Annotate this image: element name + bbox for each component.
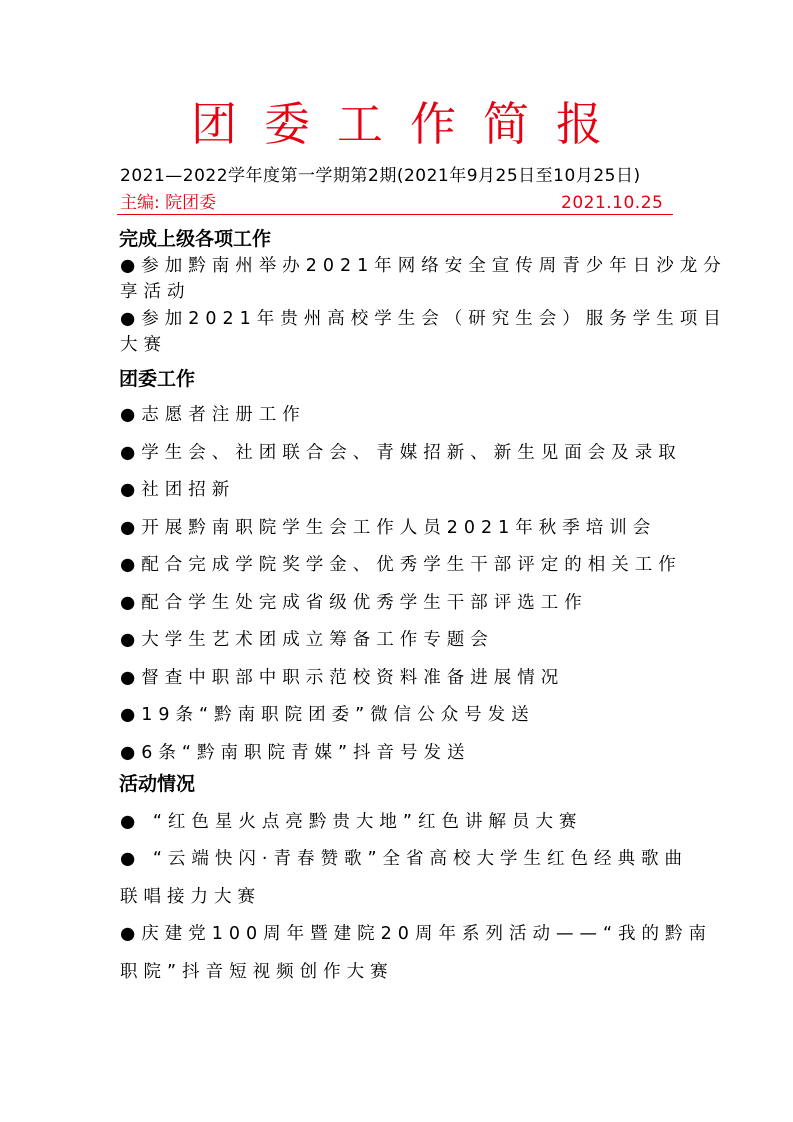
list-item-continuation: 享活动	[120, 280, 191, 304]
editor-label: 主编: 院团委	[120, 192, 216, 214]
list-item: ●开展黔南职院学生会工作人员2021年秋季培训会	[120, 516, 656, 540]
list-item-continuation: 联唱接力大赛	[120, 885, 261, 909]
list-item: ●参加2021年贵州高校学生会（研究生会）服务学生项目	[120, 307, 727, 331]
section-heading: 团委工作	[119, 367, 195, 391]
list-item: ●志愿者注册工作	[120, 403, 306, 427]
header-divider	[117, 214, 673, 215]
list-item: ●学生会、社团联合会、青媒招新、新生见面会及录取	[120, 441, 682, 465]
list-item: ●参加黔南州举办2021年网络安全宣传周青少年日沙龙分	[120, 254, 727, 278]
section-heading: 活动情况	[119, 772, 195, 796]
list-item-continuation: 职院”抖音短视频创作大赛	[120, 960, 394, 984]
list-item: ●配合完成学院奖学金、优秀学生干部评定的相关工作	[120, 553, 682, 577]
issue-date: 2021.10.25	[561, 192, 663, 214]
list-item: ●庆建党100周年暨建院20周年系列活动——“我的黔南	[120, 922, 712, 946]
list-item: ●配合学生处完成省级优秀学生干部评选工作	[120, 591, 588, 615]
list-item: ●社团招新	[120, 478, 235, 502]
list-item: ●6条“黔南职院青媒”抖音号发送	[120, 741, 471, 765]
section-heading: 完成上级各项工作	[119, 227, 271, 251]
list-item: ● “红色星火点亮黔贵大地”红色讲解员大赛	[120, 810, 582, 834]
list-item: ● “云端快闪·青春赞歌”全省高校大学生红色经典歌曲	[120, 847, 688, 871]
list-item: ●大学生艺术团成立筹备工作专题会	[120, 628, 494, 652]
list-item: ●19条“黔南职院团委”微信公众号发送	[120, 703, 535, 727]
page-title: 团委工作简报	[0, 96, 793, 152]
list-item-continuation: 大赛	[120, 333, 167, 357]
list-item: ●督查中职部中职示范校资料准备进展情况	[120, 666, 564, 690]
issue-period: 2021—2022学年度第一学期第2期(2021年9月25日至10月25日)	[120, 165, 641, 187]
